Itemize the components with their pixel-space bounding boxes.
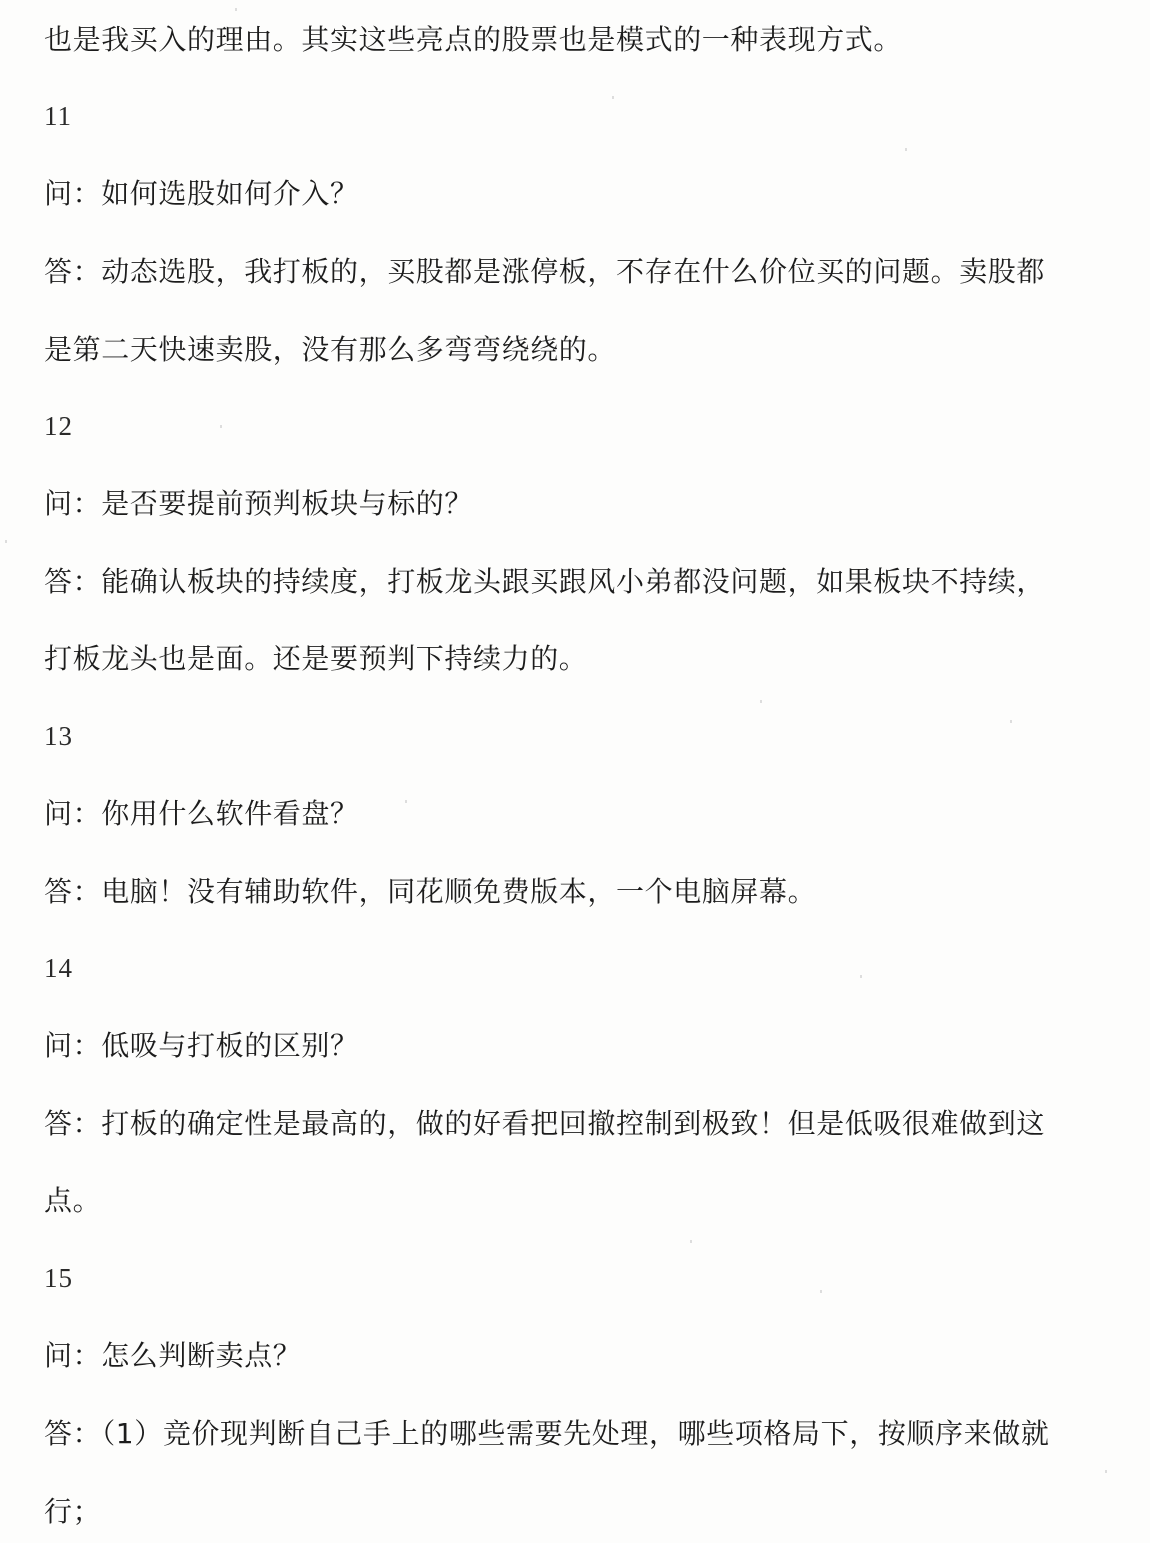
answer-line: 答：能确认板块的持续度，打板龙头跟买跟风小弟都没问题，如果板块不持续， <box>44 564 1045 600</box>
question-line: 问：低吸与打板的区别？ <box>44 1028 359 1064</box>
question-number: 15 <box>44 1260 73 1296</box>
answer-line: 点。 <box>44 1183 101 1219</box>
question-number: 11 <box>44 98 72 134</box>
question-number: 12 <box>44 408 73 444</box>
scan-speck <box>235 8 237 11</box>
scanned-document-page: 也是我买入的理由。其实这些亮点的股票也是模式的一种表现方式。 11 问：如何选股… <box>0 0 1150 1543</box>
question-line: 问：怎么判断卖点？ <box>44 1338 301 1374</box>
scan-speck <box>820 1290 822 1293</box>
answer-line: 行； <box>44 1494 101 1530</box>
scan-speck <box>1105 1470 1107 1473</box>
question-line: 问：如何选股如何介入？ <box>44 176 359 212</box>
question-number: 14 <box>44 950 73 986</box>
answer-line: 打板龙头也是面。还是要预判下持续力的。 <box>44 641 587 677</box>
question-line: 问：你用什么软件看盘？ <box>44 796 359 832</box>
scan-speck <box>612 96 614 99</box>
answer-line: 是第二天快速卖股，没有那么多弯弯绕绕的。 <box>44 332 616 368</box>
scan-speck <box>405 800 407 803</box>
scan-speck <box>690 1240 692 1243</box>
question-number: 13 <box>44 718 73 754</box>
scan-speck <box>905 148 907 151</box>
answer-line: 答：动态选股，我打板的，买股都是涨停板，不存在什么价位买的问题。卖股都 <box>44 254 1045 290</box>
scan-speck <box>760 700 762 703</box>
question-line: 问：是否要提前预判板块与标的？ <box>44 486 473 522</box>
scan-speck <box>220 425 222 428</box>
scan-speck <box>1010 720 1012 723</box>
scan-speck <box>5 540 7 543</box>
scan-speck <box>860 975 862 978</box>
answer-line: 答：打板的确定性是最高的，做的好看把回撤控制到极致！但是低吸很难做到这 <box>44 1106 1045 1142</box>
answer-line: 答：（1）竞价现判断自己手上的哪些需要先处理，哪些项格局下，按顺序来做就 <box>44 1416 1049 1452</box>
answer-line: 答：电脑！没有辅助软件，同花顺免费版本，一个电脑屏幕。 <box>44 874 816 910</box>
paragraph-line: 也是我买入的理由。其实这些亮点的股票也是模式的一种表现方式。 <box>44 22 902 58</box>
